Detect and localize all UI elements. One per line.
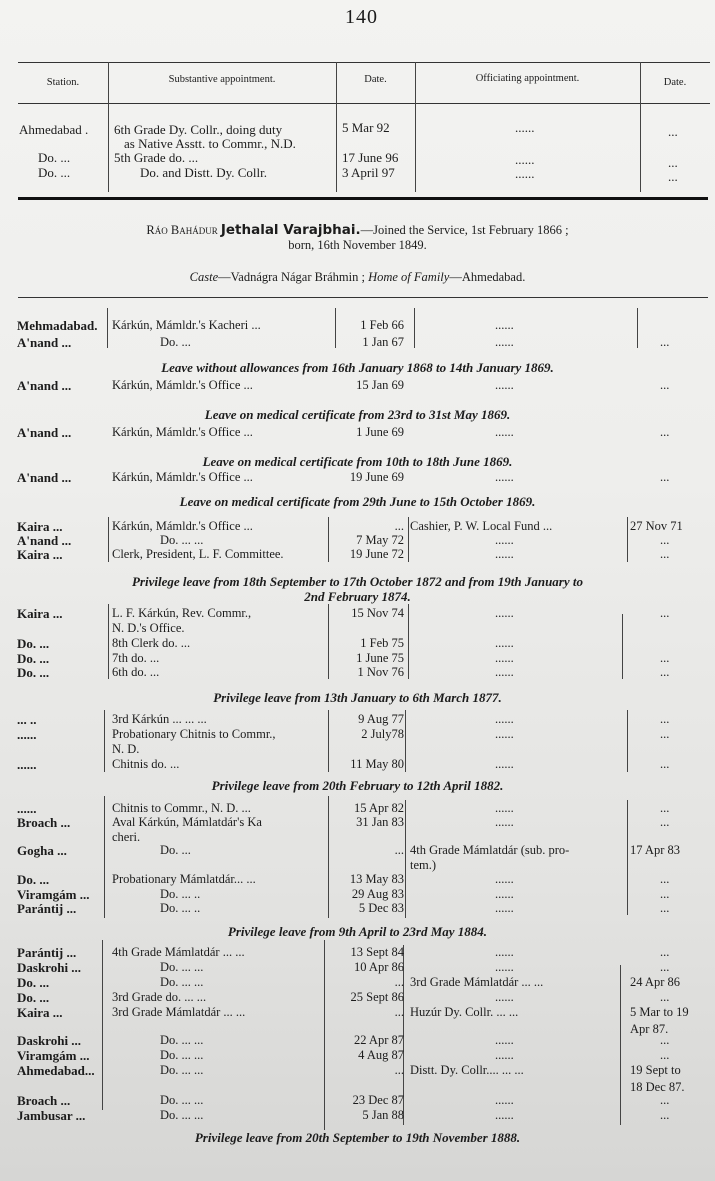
date2-cell: ... — [660, 651, 669, 666]
officiating-cell: ...... — [495, 651, 514, 666]
date2-cell: ... — [660, 547, 669, 562]
date2-cell: ... — [660, 815, 669, 830]
date2-cell: ... — [660, 757, 669, 772]
header-substantive: Substantive appointment. — [108, 74, 336, 85]
header-date: Date. — [336, 74, 415, 85]
station-cell: A'nand ... — [17, 470, 71, 486]
date2-cell: ... — [660, 990, 669, 1005]
date2-cell: ... — [660, 470, 669, 485]
substantive-cell: Do. ... ... — [160, 1093, 203, 1108]
station-cell: Broach ... — [17, 815, 70, 831]
officiating-cell: ...... — [515, 166, 535, 182]
column-divider — [328, 796, 329, 918]
leave-note: Leave on medical certificate from 10th t… — [0, 454, 715, 470]
substantive-cell: Do. ... ... — [160, 1063, 203, 1078]
date-cell: 13 Sept 84 — [332, 945, 404, 960]
substantive-cell: 3rd Grade do. ... ... — [112, 990, 206, 1005]
date2-cell: 27 Nov 71 — [630, 519, 683, 534]
date2-cell: ... — [660, 945, 669, 960]
station-cell: Daskrohi ... — [17, 960, 81, 976]
column-divider — [107, 308, 108, 348]
substantive-cell: Kárkún, Mámldr.'s Kacheri ... — [112, 318, 261, 333]
station-cell: Do. ... — [17, 872, 49, 888]
officer-joined: —Joined the Service, 1st February 1866 ; — [361, 223, 569, 237]
column-divider — [104, 796, 105, 918]
station-cell: Do. ... — [17, 990, 49, 1006]
officiating-cell: ...... — [495, 990, 514, 1005]
officiating-cell: ...... — [495, 533, 514, 548]
substantive-cell: Do. ... .. — [160, 901, 200, 916]
officiating-cell: ...... — [495, 887, 514, 902]
officiating-cell: ...... — [495, 335, 514, 350]
date-cell: 15 Apr 82 — [332, 801, 404, 816]
section-rule — [18, 197, 708, 200]
column-divider — [408, 517, 409, 562]
officiating-cell: ...... — [495, 815, 514, 830]
station-cell: Do. ... — [38, 150, 70, 166]
station-cell: ... .. — [17, 712, 37, 728]
date2-cell: ... — [660, 1048, 669, 1063]
date-cell: 5 Jan 88 — [332, 1108, 404, 1123]
substantive-cell: Do. and Distt. Dy. Collr. — [140, 165, 267, 181]
date2-cell: ... — [660, 665, 669, 680]
date-cell: 15 Jan 69 — [332, 378, 404, 393]
substantive-cell: cheri. — [112, 830, 140, 845]
substantive-cell: Probationary Chitnis to Commr., — [112, 727, 276, 742]
leave-note: 2nd February 1874. — [0, 589, 715, 605]
officiating-cell: ...... — [495, 757, 514, 772]
officiating-cell: ...... — [495, 1093, 514, 1108]
officiating-cell: ...... — [515, 120, 535, 136]
caste-value: —Vadnágra Nágar Bráhmin ; — [218, 270, 368, 284]
substantive-cell: Aval Kárkún, Mámlatdár's Ka — [112, 815, 262, 830]
officiating-cell: ...... — [495, 801, 514, 816]
station-cell: Kaira ... — [17, 547, 63, 563]
date-cell: 1 Nov 76 — [332, 665, 404, 680]
date-cell: ... — [332, 519, 404, 534]
officiating-cell: ...... — [495, 665, 514, 680]
station-cell: Gogha ... — [17, 843, 67, 859]
date2-cell: ... — [660, 727, 669, 742]
column-divider — [405, 710, 406, 772]
date-cell: 19 June 72 — [332, 547, 404, 562]
officiating-cell: ...... — [495, 318, 514, 333]
column-divider — [622, 614, 623, 679]
column-divider — [627, 710, 628, 772]
date-cell: 23 Dec 87 — [332, 1093, 404, 1108]
officer-title: Ráo Bahádur — [146, 223, 217, 237]
officiating-cell: Distt. Dy. Collr.... ... ... — [410, 1063, 524, 1078]
date2-cell: ... — [660, 801, 669, 816]
station-cell: Kaira ... — [17, 606, 63, 622]
date-cell: ... — [332, 1005, 404, 1020]
station-cell: ...... — [17, 727, 37, 743]
date-cell: 1 June 69 — [332, 425, 404, 440]
substantive-cell: Do. ... ... — [160, 960, 203, 975]
station-cell: Do. ... — [17, 636, 49, 652]
section-rule — [18, 297, 708, 298]
date-cell: 22 Apr 87 — [332, 1033, 404, 1048]
date2-cell: ... — [660, 533, 669, 548]
column-divider — [414, 308, 415, 348]
date-cell: 17 June 96 — [342, 150, 398, 166]
column-divider — [102, 940, 103, 1110]
station-cell: Daskrohi ... — [17, 1033, 81, 1049]
home-label: Home of Family — [368, 270, 449, 284]
officiating-cell: ...... — [495, 606, 514, 621]
column-divider — [627, 517, 628, 562]
station-cell: Kaira ... — [17, 1005, 63, 1021]
station-cell: Ahmedabad... — [17, 1063, 95, 1079]
date-cell: 1 Jan 67 — [332, 335, 404, 350]
date2-cell: ... — [660, 887, 669, 902]
date-cell: 1 Feb 75 — [332, 636, 404, 651]
substantive-cell: Kárkún, Mámldr.'s Office ... — [112, 470, 253, 485]
substantive-cell: Kárkún, Mámldr.'s Office ... — [112, 425, 253, 440]
station-cell: Jambusar ... — [17, 1108, 85, 1124]
substantive-cell: N. D. — [112, 742, 139, 757]
station-cell: Do. ... — [17, 975, 49, 991]
date-cell: 5 Dec 83 — [332, 901, 404, 916]
substantive-cell: 5th Grade do. ... — [114, 150, 198, 166]
header-bottom-rule — [18, 103, 710, 104]
date-cell: 4 Aug 87 — [332, 1048, 404, 1063]
date2-cell: ... — [660, 1093, 669, 1108]
substantive-cell: 7th do. ... — [112, 651, 159, 666]
date2-cell: ... — [660, 1108, 669, 1123]
station-cell: Viramgám ... — [17, 1048, 89, 1064]
header-date-2: Date. — [640, 77, 710, 88]
caste-label: Caste — [190, 270, 218, 284]
column-divider — [620, 965, 621, 1125]
officiating-cell: ...... — [495, 1033, 514, 1048]
leave-note: Leave without allowances from 16th Janua… — [0, 360, 715, 376]
officiating-cell: ...... — [495, 425, 514, 440]
column-divider — [627, 800, 628, 915]
date-cell: ... — [332, 975, 404, 990]
date-cell: 19 June 69 — [332, 470, 404, 485]
substantive-cell: Chitnis do. ... — [112, 757, 179, 772]
station-cell: A'nand ... — [17, 425, 71, 441]
station-cell: Parántij ... — [17, 901, 76, 917]
date2-cell: 18 Dec 87. — [630, 1080, 685, 1095]
date2-cell: 5 Mar to 19 — [630, 1005, 689, 1020]
date-cell: 15 Nov 74 — [332, 606, 404, 621]
station-cell: Broach ... — [17, 1093, 70, 1109]
officiating-cell: ...... — [495, 1048, 514, 1063]
date2-cell: ... — [668, 124, 678, 140]
column-divider — [328, 710, 329, 772]
column-divider — [104, 710, 105, 772]
station-cell: A'nand ... — [17, 335, 71, 351]
leave-note: Privilege leave from 9th April to 23rd M… — [0, 924, 715, 940]
officiating-cell: ...... — [495, 378, 514, 393]
date-cell: 31 Jan 83 — [332, 815, 404, 830]
substantive-cell: Do. ... ... — [160, 1048, 203, 1063]
officiating-cell: ...... — [495, 1108, 514, 1123]
header-officiating: Officiating appointment. — [415, 73, 640, 84]
date-cell: ... — [332, 1063, 404, 1078]
station-cell: A'nand ... — [17, 378, 71, 394]
column-divider — [408, 604, 409, 679]
date2-cell: ... — [660, 872, 669, 887]
officer-caste-line: Caste—Vadnágra Nágar Bráhmin ; Home of F… — [0, 270, 715, 285]
substantive-cell: Do. ... — [160, 335, 191, 350]
station-cell: Do. ... — [38, 165, 70, 181]
leave-note: Privilege leave from 20th February to 12… — [0, 778, 715, 794]
substantive-cell: Do. ... ... — [160, 1108, 203, 1123]
substantive-cell: Clerk, President, L. F. Committee. — [112, 547, 284, 562]
date2-cell: ... — [660, 712, 669, 727]
officiating-cell: ...... — [495, 945, 514, 960]
substantive-cell: Kárkún, Mámldr.'s Office ... — [112, 519, 253, 534]
leave-note: Privilege leave from 18th September to 1… — [0, 574, 715, 590]
date2-cell: ... — [660, 606, 669, 621]
substantive-cell: L. F. Kárkún, Rev. Commr., — [112, 606, 251, 621]
column-divider — [108, 604, 109, 679]
officiating-cell: Cashier, P. W. Local Fund ... — [410, 519, 552, 534]
officiating-cell: 4th Grade Mámlatdár (sub. pro- — [410, 843, 569, 858]
officer-heading: Ráo Bahádur Jethalal Varajbhai.—Joined t… — [0, 222, 715, 238]
date-cell: 9 Aug 77 — [332, 712, 404, 727]
date2-cell: 19 Sept to — [630, 1063, 681, 1078]
date2-cell: ... — [660, 1033, 669, 1048]
date-cell: ... — [332, 843, 404, 858]
substantive-cell: Probationary Mámlatdár... ... — [112, 872, 256, 887]
date-cell: 25 Sept 86 — [332, 990, 404, 1005]
date-cell: 11 May 80 — [332, 757, 404, 772]
officiating-cell: ...... — [495, 960, 514, 975]
officiating-cell: ...... — [495, 547, 514, 562]
substantive-cell: 4th Grade Mámlatdár ... ... — [112, 945, 245, 960]
substantive-cell: Chitnis to Commr., N. D. ... — [112, 801, 251, 816]
date2-cell: ... — [660, 335, 669, 350]
date2-cell: ... — [660, 901, 669, 916]
substantive-cell: Do. ... ... — [160, 533, 203, 548]
substantive-cell: Do. ... ... — [160, 1033, 203, 1048]
officiating-cell: tem.) — [410, 858, 436, 873]
officiating-cell: Huzúr Dy. Collr. ... ... — [410, 1005, 518, 1020]
leave-note: Leave on medical certificate from 29th J… — [0, 494, 715, 510]
officiating-cell: ...... — [495, 727, 514, 742]
leave-note: Privilege leave from 20th September to 1… — [0, 1130, 715, 1146]
officiating-cell: ...... — [495, 712, 514, 727]
document-page: 140 Station. Substantive appointment. Da… — [0, 0, 715, 1181]
column-divider — [637, 308, 638, 348]
leave-note: Leave on medical certificate from 23rd t… — [0, 407, 715, 423]
date2-cell: ... — [660, 960, 669, 975]
officiating-cell: ...... — [495, 901, 514, 916]
column-divider — [328, 517, 329, 562]
date-cell: 29 Aug 83 — [332, 887, 404, 902]
substantive-cell: 8th Clerk do. ... — [112, 636, 190, 651]
column-divider — [108, 517, 109, 562]
header-station: Station. — [18, 77, 108, 88]
station-cell: Ahmedabad . — [19, 122, 88, 138]
column-divider — [405, 800, 406, 918]
officiating-cell: 3rd Grade Mámlatdár ... ... — [410, 975, 543, 990]
date2-cell: ... — [660, 378, 669, 393]
page-number: 140 — [345, 6, 378, 29]
date2-cell: ... — [660, 425, 669, 440]
leave-note: Privilege leave from 13th January to 6th… — [0, 690, 715, 706]
date-cell: 2 July78 — [332, 727, 404, 742]
station-cell: Parántij ... — [17, 945, 76, 961]
date2-cell: ... — [668, 169, 678, 185]
date-cell: 1 June 75 — [332, 651, 404, 666]
substantive-cell: Do. ... .. — [160, 887, 200, 902]
home-value: —Ahmedabad. — [449, 270, 525, 284]
date-cell: 1 Feb 66 — [332, 318, 404, 333]
substantive-cell: N. D.'s Office. — [112, 621, 185, 636]
officiating-cell: ...... — [495, 470, 514, 485]
date-cell: 10 Apr 86 — [332, 960, 404, 975]
officer-name: Jethalal Varajbhai. — [221, 222, 361, 238]
station-cell: ...... — [17, 757, 37, 773]
date2-cell: 17 Apr 83 — [630, 843, 680, 858]
substantive-cell: 3rd Kárkún ... ... ... — [112, 712, 207, 727]
date-cell: 3 April 97 — [342, 165, 395, 181]
column-divider — [324, 940, 325, 1130]
date-cell: 13 May 83 — [332, 872, 404, 887]
station-cell: Do. ... — [17, 665, 49, 681]
substantive-cell: 6th do. ... — [112, 665, 159, 680]
header-top-rule — [18, 62, 710, 63]
substantive-cell: 3rd Grade Mámlatdár ... ... — [112, 1005, 245, 1020]
officiating-cell: ...... — [495, 636, 514, 651]
date2-cell: 24 Apr 86 — [630, 975, 680, 990]
date-cell: 7 May 72 — [332, 533, 404, 548]
substantive-cell: Do. ... — [160, 843, 191, 858]
column-divider — [328, 604, 329, 679]
substantive-cell: Do. ... ... — [160, 975, 203, 990]
date-cell: 5 Mar 92 — [342, 120, 390, 136]
station-cell: Mehmadabad. — [17, 318, 98, 334]
officiating-cell: ...... — [495, 872, 514, 887]
substantive-cell: Kárkún, Mámldr.'s Office ... — [112, 378, 253, 393]
officer-born: born, 16th November 1849. — [0, 238, 715, 253]
